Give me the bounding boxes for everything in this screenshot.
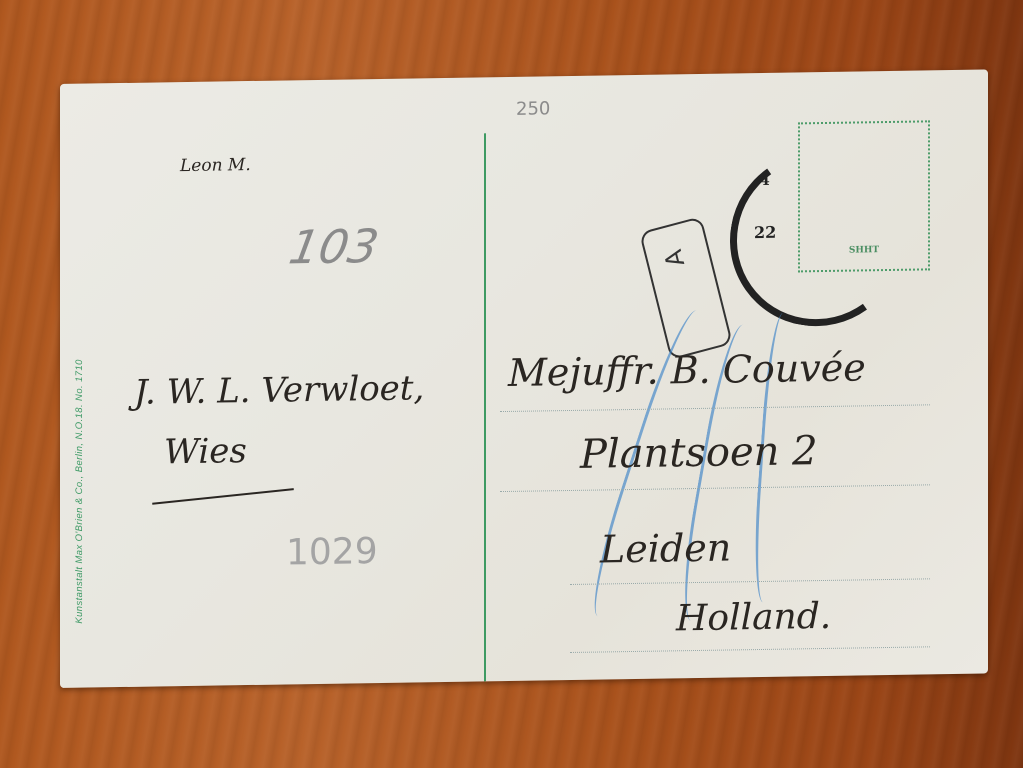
- sender-name: J. W. L. Verwloet,: [134, 368, 424, 413]
- address-country: Holland.: [676, 596, 831, 639]
- sender-note: Leon M.: [180, 155, 251, 176]
- pencil-price-mark: 250: [516, 98, 550, 120]
- sender-underline: [152, 488, 294, 505]
- postcard: Kunstanstalt Max O'Brien & Co., Berlin, …: [60, 69, 988, 688]
- postmark-fragment: 4: [760, 173, 770, 189]
- publisher-imprint: Kunstanstalt Max O'Brien & Co., Berlin, …: [74, 204, 85, 624]
- address-recipient: Mejuffr. B. Couvée: [508, 345, 866, 395]
- address-city: Leiden: [600, 525, 731, 571]
- postmark-day: 22: [754, 223, 776, 242]
- divider-line: [484, 133, 486, 681]
- box-handstamp-letter: A: [659, 247, 690, 270]
- pencil-catalog-number: 1029: [286, 531, 378, 573]
- sender-name-line2: Wies: [164, 431, 247, 472]
- address-line-4: [570, 646, 930, 653]
- pencil-inventory-mark: 103: [285, 219, 382, 275]
- address-street: Plantsoen 2: [580, 428, 818, 478]
